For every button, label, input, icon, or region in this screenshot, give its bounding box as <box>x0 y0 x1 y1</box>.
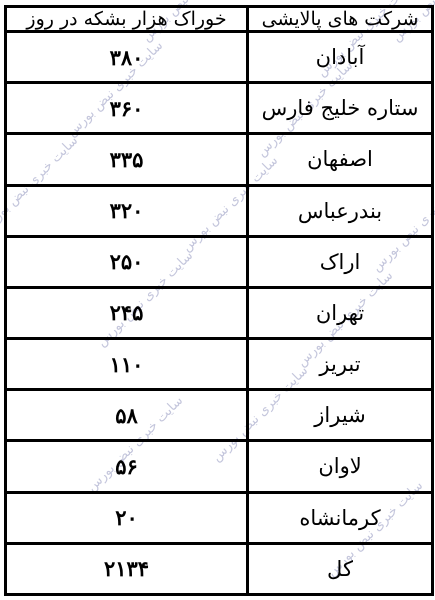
company-cell: شیراز <box>248 390 433 441</box>
value-cell: ۳۲۰ <box>6 185 248 236</box>
company-cell: تهران <box>248 287 433 338</box>
table-row: کل۲۱۳۴ <box>6 543 433 594</box>
company-cell: آبادان <box>248 32 433 83</box>
table-row: آبادان۳۸۰ <box>6 32 433 83</box>
table-wrapper: شرکت های پالایشی خوراک هزار بشکه در روز … <box>4 5 434 596</box>
table-row: اراک۲۵۰ <box>6 236 433 287</box>
company-cell: لاوان <box>248 441 433 492</box>
value-cell: ۳۸۰ <box>6 32 248 83</box>
table-row: بندرعباس۳۲۰ <box>6 185 433 236</box>
value-cell: ۵۸ <box>6 390 248 441</box>
company-cell: ستاره خلیج فارس <box>248 83 433 134</box>
company-cell: کرمانشاه <box>248 492 433 543</box>
table-row: تهران۲۴۵ <box>6 287 433 338</box>
value-cell: ۲۴۵ <box>6 287 248 338</box>
value-cell: ۲۱۳۴ <box>6 543 248 594</box>
table-row: شیراز۵۸ <box>6 390 433 441</box>
header-row: شرکت های پالایشی خوراک هزار بشکه در روز <box>6 7 433 32</box>
value-cell: ۵۶ <box>6 441 248 492</box>
value-cell: ۲۵۰ <box>6 236 248 287</box>
company-cell: اصفهان <box>248 134 433 185</box>
table-row: لاوان۵۶ <box>6 441 433 492</box>
table-row: اصفهان۳۳۵ <box>6 134 433 185</box>
company-cell: کل <box>248 543 433 594</box>
value-cell: ۱۱۰ <box>6 339 248 390</box>
company-column-header: شرکت های پالایشی <box>248 7 433 32</box>
value-cell: ۳۳۵ <box>6 134 248 185</box>
company-cell: بندرعباس <box>248 185 433 236</box>
table-row: ستاره خلیج فارس۳۶۰ <box>6 83 433 134</box>
table-row: تبریز۱۱۰ <box>6 339 433 390</box>
value-cell: ۳۶۰ <box>6 83 248 134</box>
page: سایت خبری نبض بورسسایت خبری نبض بورسسایت… <box>0 0 435 600</box>
refinery-feed-table: شرکت های پالایشی خوراک هزار بشکه در روز … <box>4 5 434 596</box>
company-cell: اراک <box>248 236 433 287</box>
value-column-header: خوراک هزار بشکه در روز <box>6 7 248 32</box>
table-row: کرمانشاه۲۰ <box>6 492 433 543</box>
company-cell: تبریز <box>248 339 433 390</box>
table-body: آبادان۳۸۰ستاره خلیج فارس۳۶۰اصفهان۳۳۵بندر… <box>6 32 433 595</box>
value-cell: ۲۰ <box>6 492 248 543</box>
